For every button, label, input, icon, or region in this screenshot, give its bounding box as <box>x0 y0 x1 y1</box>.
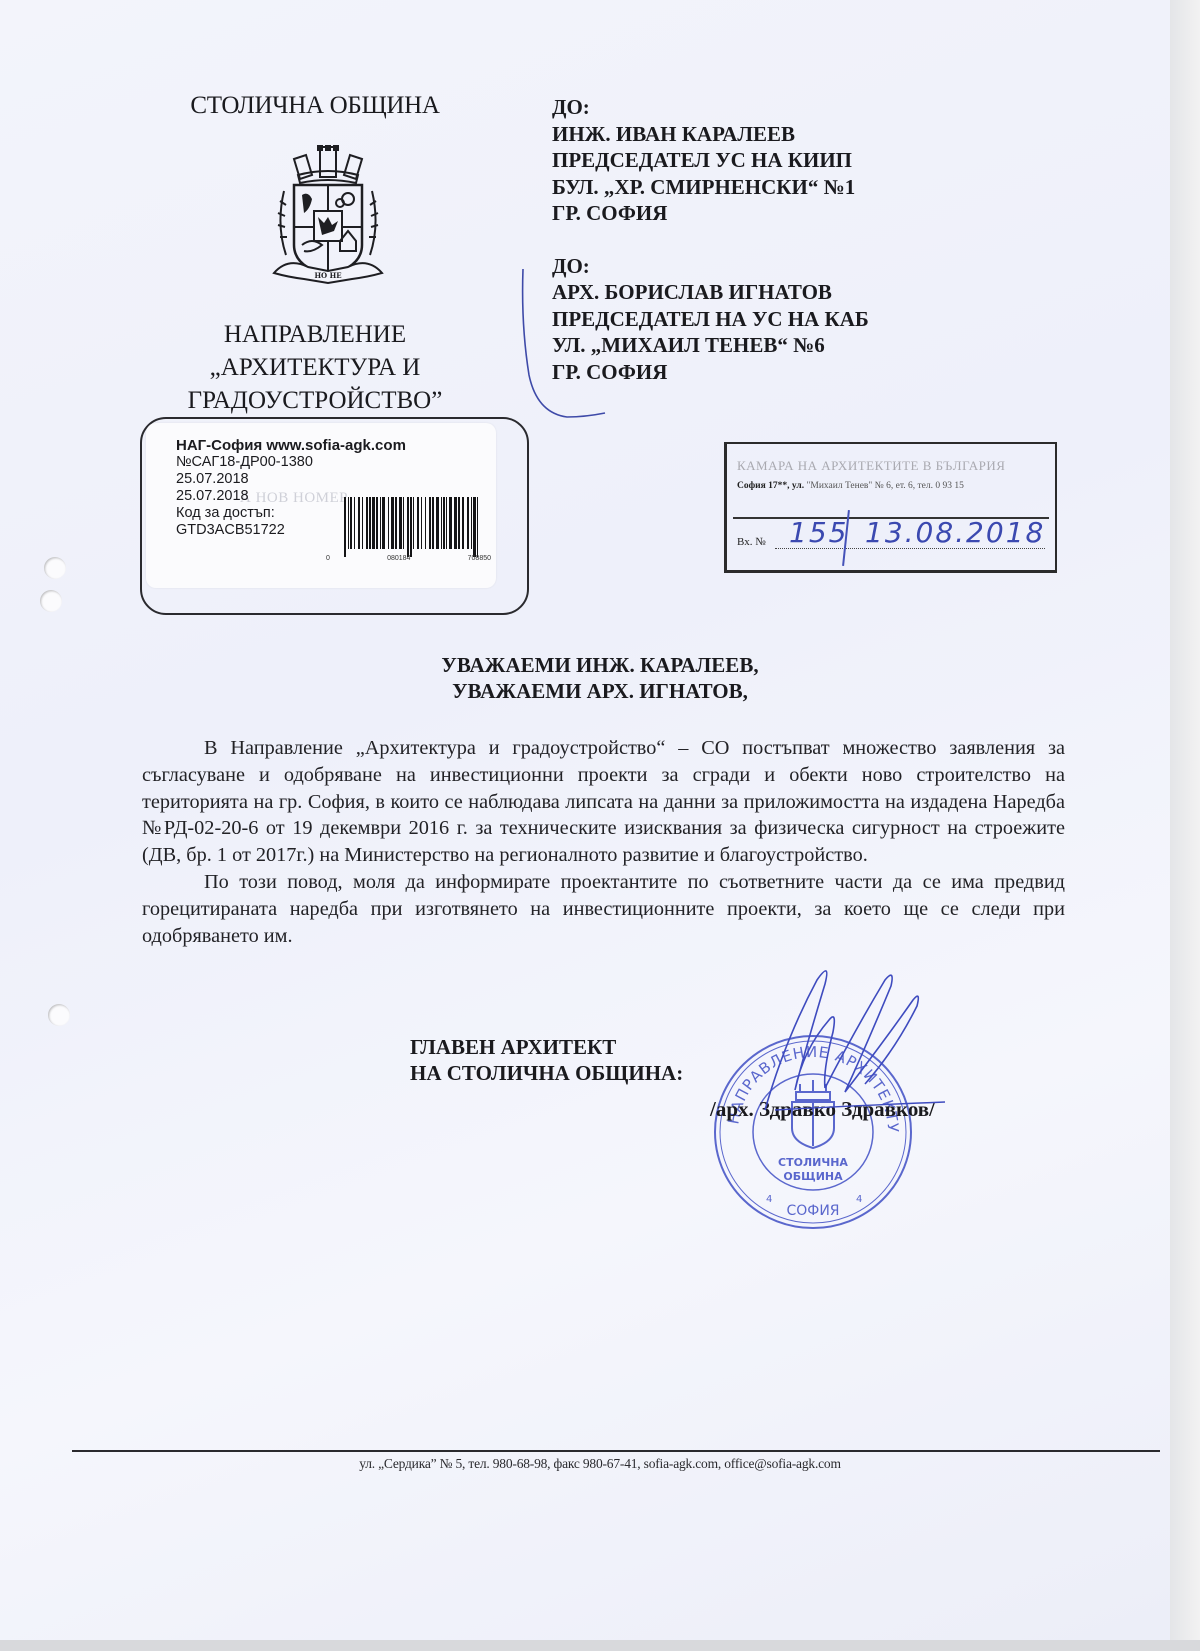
department-name: НАПРАВЛЕНИЕ „АРХИТЕКТУРА И ГРАДОУСТРОЙСТ… <box>150 318 480 417</box>
scan-edge <box>1170 0 1200 1651</box>
body-paragraph-1: В Направление „Архитектура и градоустрой… <box>142 735 1065 869</box>
punch-hole <box>40 590 62 612</box>
svg-text:4: 4 <box>766 1194 772 1205</box>
recipient-1-name: ИНЖ. ИВАН КАРАЛЕЕВ <box>552 121 869 148</box>
scan-edge-bottom <box>0 1640 1200 1651</box>
punch-hole <box>48 1004 70 1026</box>
org-name: СТОЛИЧНА ОБЩИНА <box>150 92 480 120</box>
svg-text:НО НЕ: НО НЕ <box>314 271 341 280</box>
stamp-incoming-date: 13.08.2018 <box>865 516 1045 549</box>
registration-header: НАГ-София www.sofia-agk.com <box>176 437 406 454</box>
salutation: УВАЖАЕМИ ИНЖ. КАРАЛЕЕВ, УВАЖАЕМИ АРХ. ИГ… <box>150 652 1050 704</box>
footer-divider <box>72 1450 1160 1452</box>
recipient-1-address: БУЛ. „ХР. СМИРНЕНСКИ“ №1 <box>552 174 869 201</box>
footer-contact: ул. „Сердика” № 5, тел. 980-68-98, факс … <box>0 1456 1200 1472</box>
signatory-title: ГЛАВЕН АРХИТЕКТ НА СТОЛИЧНА ОБЩИНА: <box>410 1034 683 1086</box>
punch-hole <box>44 557 66 579</box>
registration-date-1: 25.07.2018 <box>176 471 406 488</box>
registration-number: №САГ18-ДР00-1380 <box>176 454 406 471</box>
body-paragraph-2: По този повод, моля да информирате проек… <box>142 869 1065 949</box>
stamp-incoming-label: Вх. № <box>737 536 766 548</box>
svg-text:СТОЛИЧНА: СТОЛИЧНА <box>778 1156 848 1169</box>
svg-text:СОФИЯ: СОФИЯ <box>786 1203 839 1219</box>
incoming-registration-stamp: КАМАРА НА АРХИТЕКТИТЕ В БЪЛГАРИЯ София 1… <box>724 442 1057 573</box>
stamp-address: София 17**, ул. "Михаил Тенев" № 6, ет. … <box>737 481 964 491</box>
barcode-icon <box>342 497 482 557</box>
recipient-1-position: ПРЕДСЕДАТЕЛ УС НА КИИП <box>552 147 869 174</box>
recipient-1-to: ДО: <box>552 94 869 121</box>
svg-text:4: 4 <box>856 1194 862 1205</box>
stamp-chamber-name: КАМАРА НА АРХИТЕКТИТЕ В БЪЛГАРИЯ <box>737 458 1005 474</box>
barcode-digits: 0 080184 708850 <box>326 555 491 562</box>
stamp-incoming-number: 155 <box>789 516 848 549</box>
svg-text:ОБЩИНА: ОБЩИНА <box>783 1170 843 1183</box>
handwritten-signature <box>745 960 945 1120</box>
handwritten-bracket-mark <box>515 265 615 425</box>
sofia-coat-of-arms-icon: НО НЕ <box>268 145 388 285</box>
recipient-1-city: ГР. СОФИЯ <box>552 200 869 227</box>
letter-body: В Направление „Архитектура и градоустрой… <box>142 735 1065 949</box>
